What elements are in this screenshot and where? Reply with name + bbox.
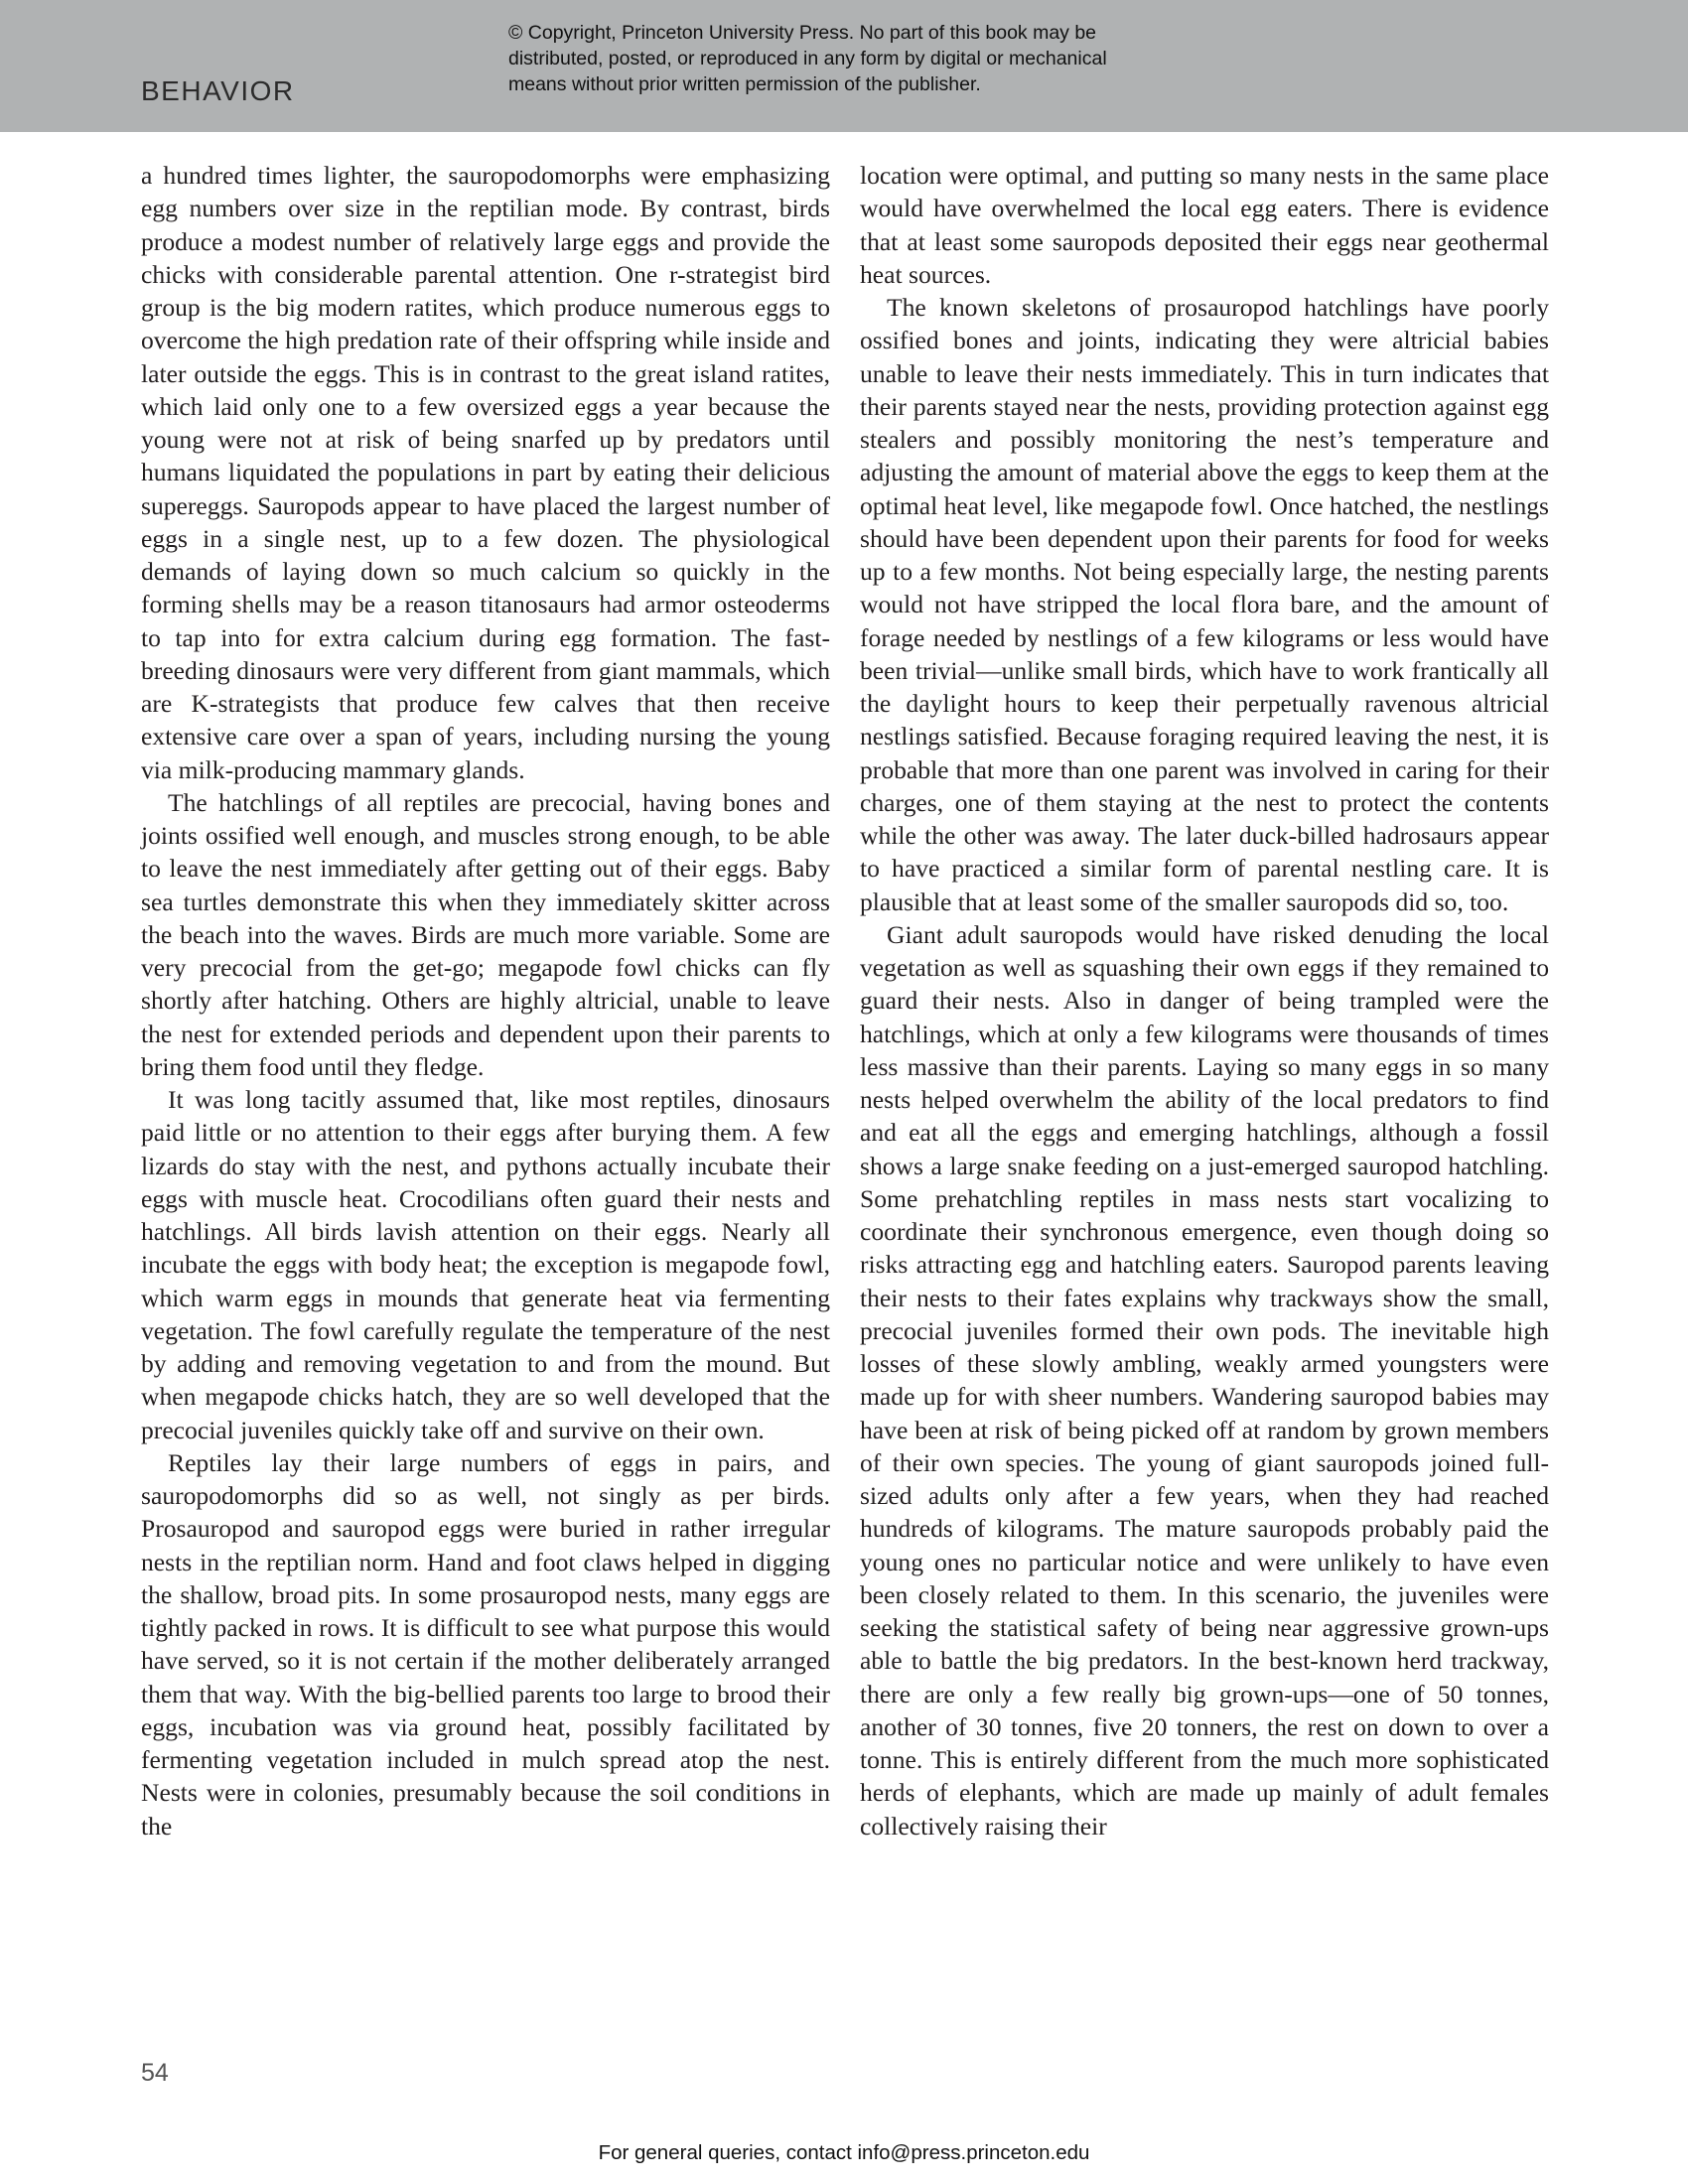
paragraph: It was long tacitly assumed that, like m… bbox=[141, 1083, 830, 1446]
paragraph: The hatchlings of all reptiles are preco… bbox=[141, 786, 830, 1083]
running-head: BEHAVIOR bbox=[141, 75, 295, 107]
paragraph: Giant adult sauropods would have risked … bbox=[860, 918, 1549, 1843]
paragraph: Reptiles lay their large numbers of eggs… bbox=[141, 1446, 830, 1843]
contact-footer: For general queries, contact info@press.… bbox=[0, 2141, 1688, 2165]
paragraph: The known skeletons of prosauropod hatch… bbox=[860, 291, 1549, 918]
copyright-line: distributed, posted, or reproduced in an… bbox=[508, 46, 1223, 71]
copyright-line: © Copyright, Princeton University Press.… bbox=[508, 20, 1223, 46]
left-column: a hundred times lighter, the sauropodomo… bbox=[141, 159, 830, 1843]
page-number: 54 bbox=[141, 2059, 169, 2088]
copyright-line: means without prior written permission o… bbox=[508, 71, 1223, 97]
copyright-notice: © Copyright, Princeton University Press.… bbox=[508, 20, 1223, 97]
right-column: location were optimal, and putting so ma… bbox=[860, 159, 1549, 1843]
paragraph: location were optimal, and putting so ma… bbox=[860, 159, 1549, 291]
paragraph: a hundred times lighter, the sauropodomo… bbox=[141, 159, 830, 786]
